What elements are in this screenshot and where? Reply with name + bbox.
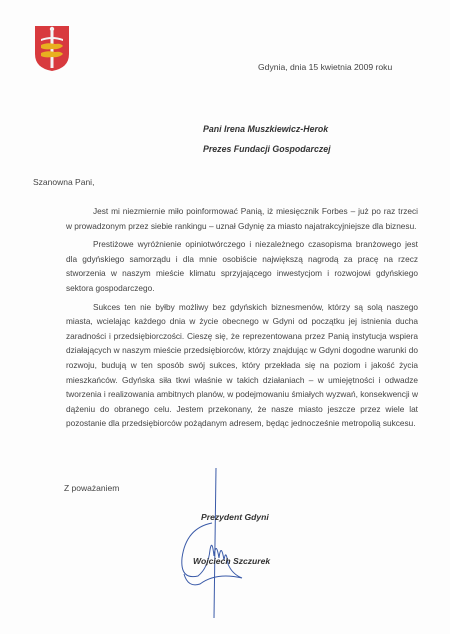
recipient-block: Pani Irena Muszkiewicz-Herok Prezes Fund… bbox=[203, 119, 331, 159]
paragraph: Prestiżowe wyróżnienie opiniotwórczego i… bbox=[66, 237, 418, 295]
handwritten-signature-icon bbox=[176, 468, 256, 618]
recipient-name: Pani Irena Muszkiewicz-Herok bbox=[203, 119, 331, 139]
letter-page: Gdynia, dnia 15 kwietnia 2009 roku Pani … bbox=[0, 0, 450, 634]
recipient-title: Prezes Fundacji Gospodarczej bbox=[203, 139, 331, 159]
letter-date: Gdynia, dnia 15 kwietnia 2009 roku bbox=[258, 62, 392, 72]
gdynia-coat-of-arms-icon bbox=[33, 24, 71, 72]
paragraph: Sukces ten nie byłby możliwy bez gdyński… bbox=[66, 300, 418, 431]
closing: Z poważaniem bbox=[64, 483, 119, 493]
signatory-name: Wojciech Szczurek bbox=[193, 556, 270, 566]
letter-body: Jest mi niezmiernie miło poinformować Pa… bbox=[66, 204, 418, 435]
salutation: Szanowna Pani, bbox=[33, 177, 94, 187]
signatory-title: Prezydent Gdyni bbox=[201, 512, 269, 522]
paragraph: Jest mi niezmiernie miło poinformować Pa… bbox=[66, 204, 418, 233]
